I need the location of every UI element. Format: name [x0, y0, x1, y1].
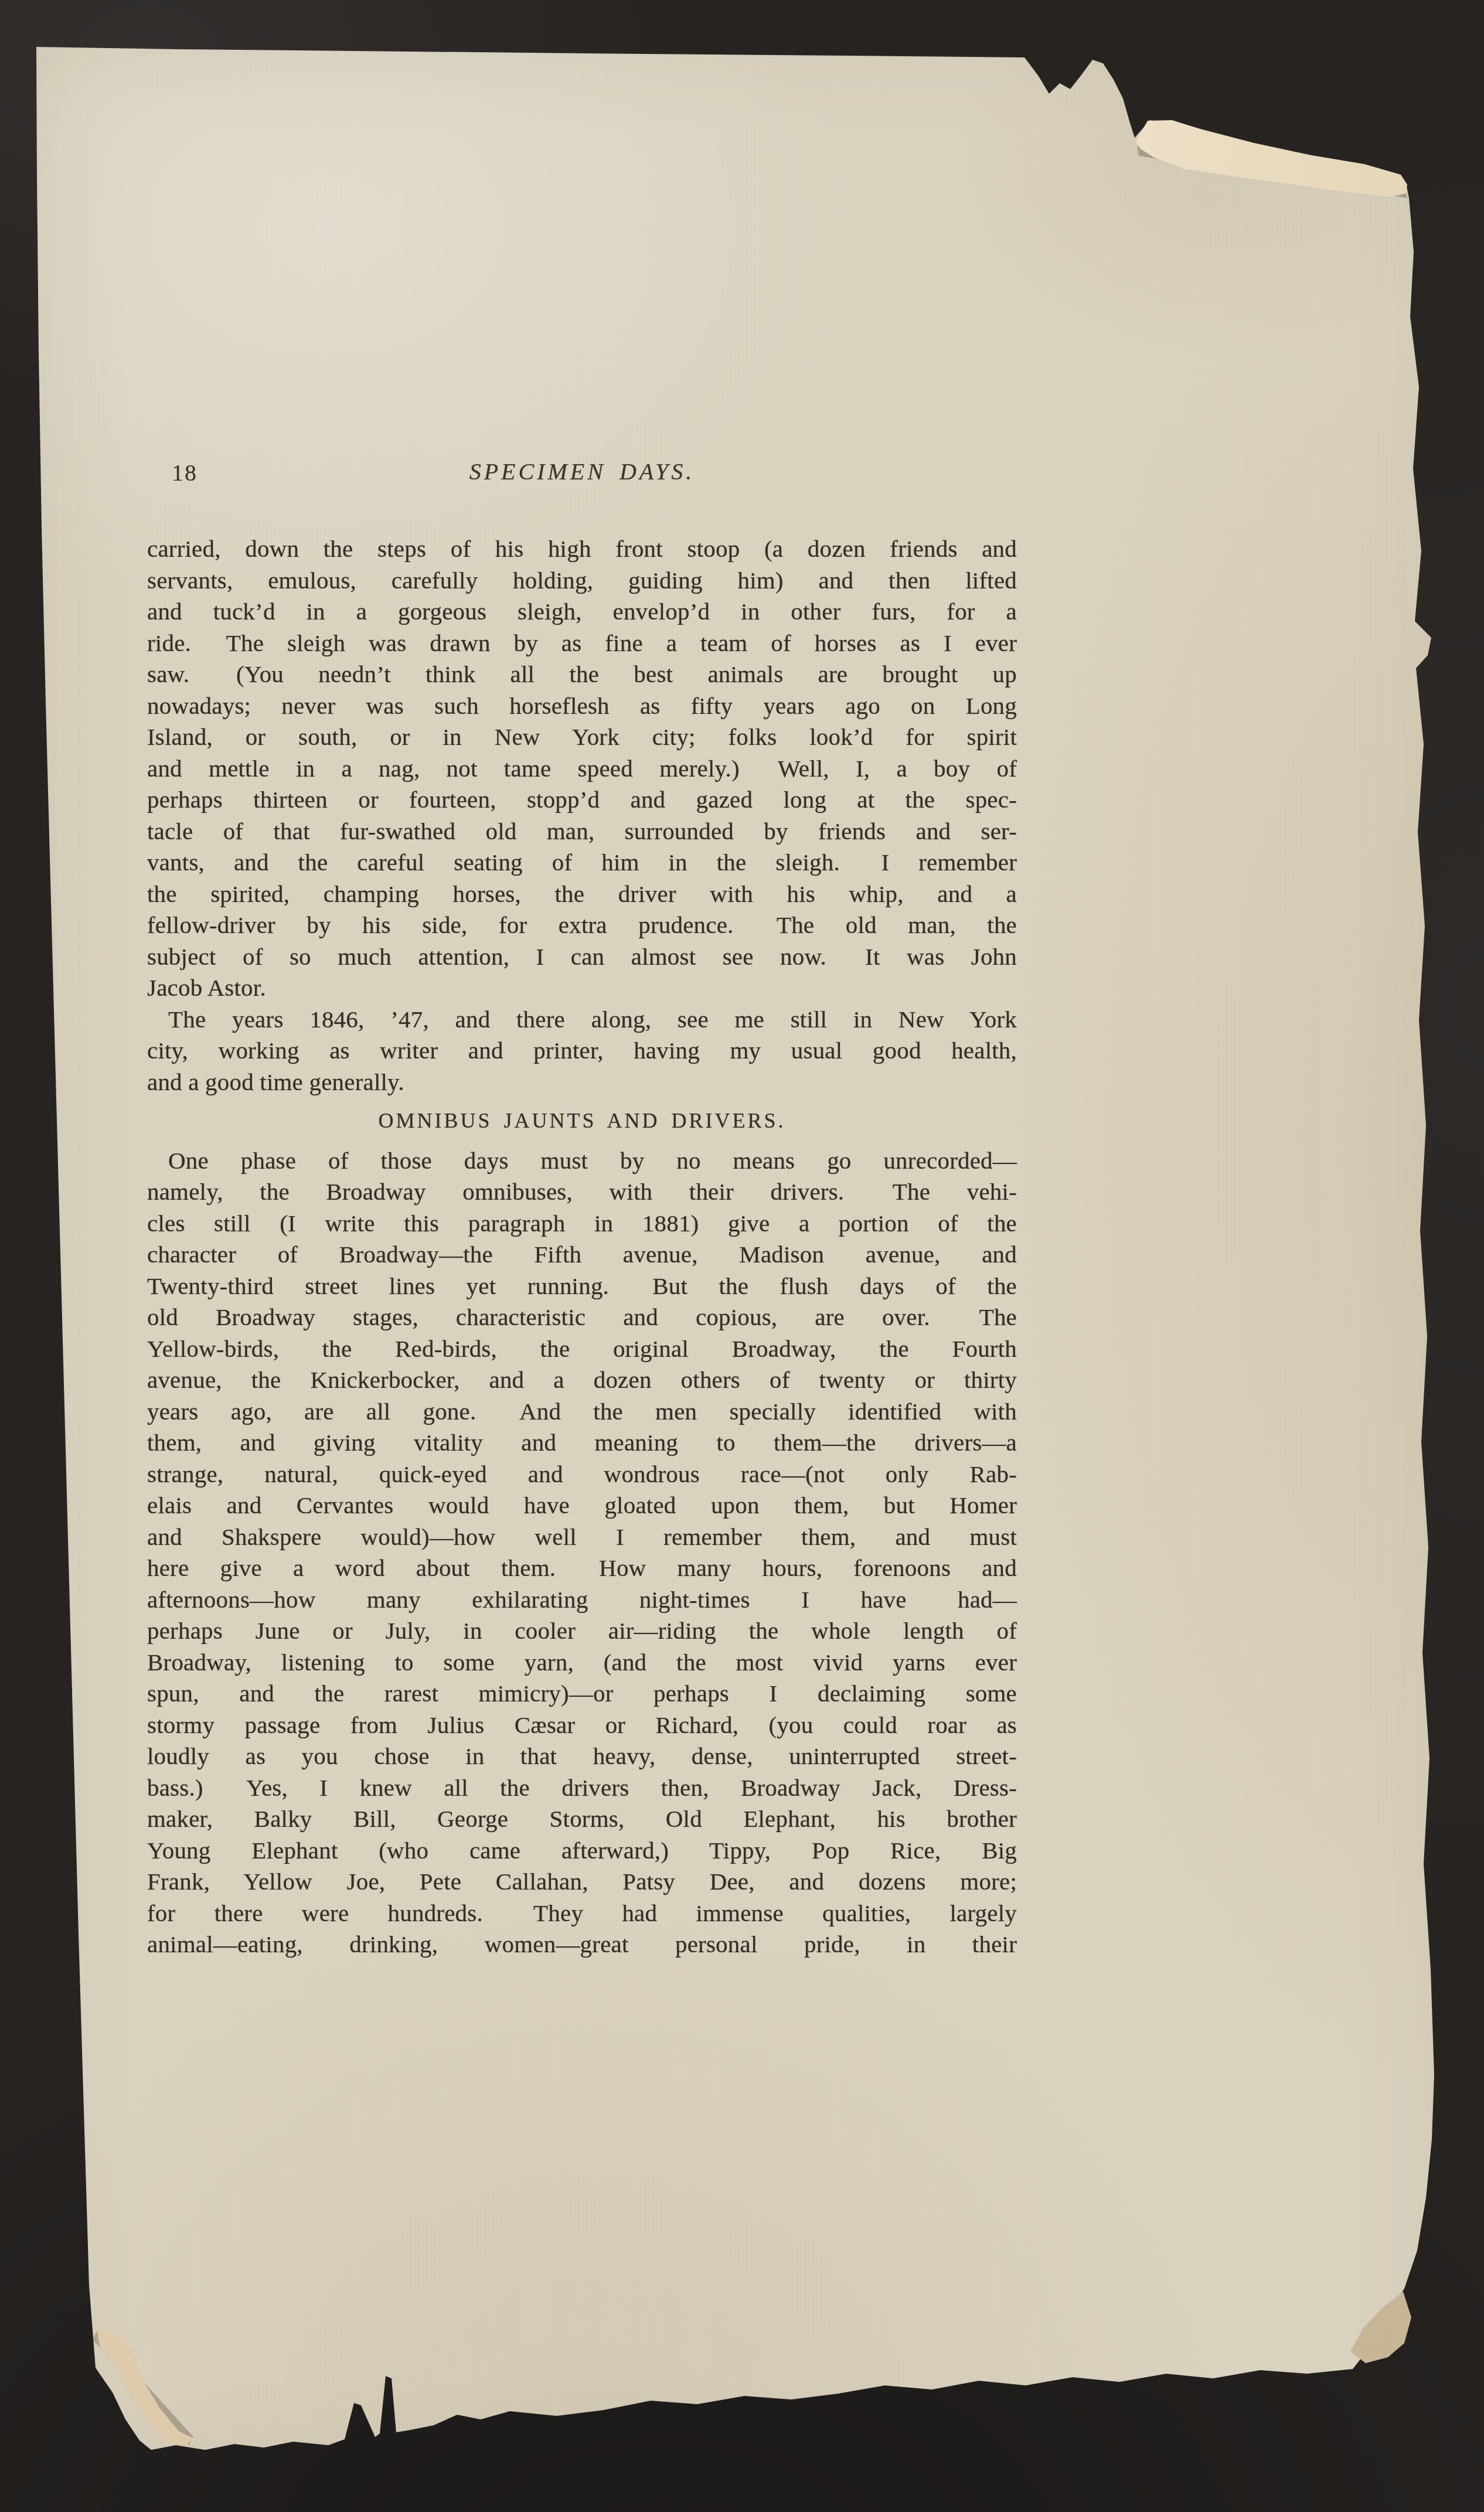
body-text: carried, down the steps of his high fron… — [147, 533, 1017, 1960]
text-line: strange, natural, quick-eyed and wondrou… — [147, 1459, 1017, 1490]
text-line: The years 1846, ’47, and there along, se… — [147, 1004, 1017, 1036]
text-line: them, and giving vitality and meaning to… — [147, 1427, 1017, 1459]
text-line: character of Broadway—the Fifth avenue, … — [147, 1239, 1017, 1271]
book-page: 18 SPECIMEN DAYS. carried, down the step… — [0, 0, 1484, 2512]
text-line: bass.) Yes, I knew all the drivers then,… — [147, 1772, 1017, 1804]
text-line: cles still (I write this paragraph in 18… — [147, 1208, 1017, 1240]
text-line: ride. The sleigh was drawn by as fine a … — [147, 628, 1017, 659]
text-line: servants, emulous, carefully holding, gu… — [147, 565, 1017, 597]
text-line: avenue, the Knickerbocker, and a dozen o… — [147, 1364, 1017, 1396]
text-line: subject of so much attention, I can almo… — [147, 941, 1017, 973]
text-line: years ago, are all gone. And the men spe… — [147, 1396, 1017, 1428]
text-line: old Broadway stages, characteristic and … — [147, 1302, 1017, 1333]
text-line: for there were hundreds. They had immens… — [147, 1898, 1017, 1929]
text-line: Jacob Astor. — [147, 972, 1017, 1004]
paragraph-omnibus-drivers: One phase of those days must by no means… — [147, 1145, 1017, 1960]
text-line: One phase of those days must by no means… — [147, 1145, 1017, 1177]
text-line: Twenty-third street lines yet running. B… — [147, 1271, 1017, 1302]
text-line: perhaps June or July, in cooler air—ridi… — [147, 1615, 1017, 1647]
text-line: maker, Balky Bill, George Storms, Old El… — [147, 1803, 1017, 1835]
text-line: Yellow-birds, the Red-birds, the origina… — [147, 1333, 1017, 1365]
text-line: Broadway, listening to some yarn, (and t… — [147, 1647, 1017, 1679]
scan-background: 18 SPECIMEN DAYS. carried, down the step… — [0, 0, 1484, 2512]
text-line: city, working as writer and printer, hav… — [147, 1035, 1017, 1067]
text-line: namely, the Broadway omnibuses, with the… — [147, 1176, 1017, 1208]
text-line: here give a word about them. How many ho… — [147, 1553, 1017, 1584]
text-line: fellow-driver by his side, for extra pru… — [147, 910, 1017, 941]
text-line: Young Elephant (who came afterward,) Tip… — [147, 1835, 1017, 1867]
text-line: tacle of that fur-swathed old man, surro… — [147, 816, 1017, 847]
paragraph-years-1846: The years 1846, ’47, and there along, se… — [147, 1004, 1017, 1098]
text-line: and mettle in a nag, not tame speed mere… — [147, 753, 1017, 785]
text-line: nowadays; never was such horseflesh as f… — [147, 690, 1017, 722]
text-line: stormy passage from Julius Cæsar or Rich… — [147, 1710, 1017, 1741]
text-line: loudly as you chose in that heavy, dense… — [147, 1741, 1017, 1772]
text-line: animal—eating, drinking, women—great per… — [147, 1929, 1017, 1960]
paragraph-sleigh-ride: carried, down the steps of his high fron… — [147, 533, 1017, 1004]
text-line: elais and Cervantes would have gloated u… — [147, 1490, 1017, 1522]
text-line: saw. (You needn’t think all the best ani… — [147, 659, 1017, 690]
text-line: afternoons—how many exhilarating night-t… — [147, 1584, 1017, 1616]
text-line: and a good time generally. — [147, 1067, 1017, 1098]
section-heading: OMNIBUS JAUNTS AND DRIVERS. — [147, 1105, 1017, 1137]
text-line: Island, or south, or in New York city; f… — [147, 721, 1017, 753]
text-line: carried, down the steps of his high fron… — [147, 533, 1017, 565]
text-line: vants, and the careful seating of him in… — [147, 847, 1017, 879]
page-header: 18 SPECIMEN DAYS. — [147, 458, 1017, 491]
text-line: spun, and the rarest mimicry)—or perhaps… — [147, 1678, 1017, 1710]
text-line: Frank, Yellow Joe, Pete Callahan, Patsy … — [147, 1866, 1017, 1898]
running-title: SPECIMEN DAYS. — [147, 458, 1017, 485]
text-line: and Shakspere would)—how well I remember… — [147, 1522, 1017, 1553]
text-line: the spirited, champing horses, the drive… — [147, 879, 1017, 910]
text-line: perhaps thirteen or fourteen, stopp’d an… — [147, 784, 1017, 816]
text-line: and tuck’d in a gorgeous sleigh, envelop… — [147, 596, 1017, 628]
